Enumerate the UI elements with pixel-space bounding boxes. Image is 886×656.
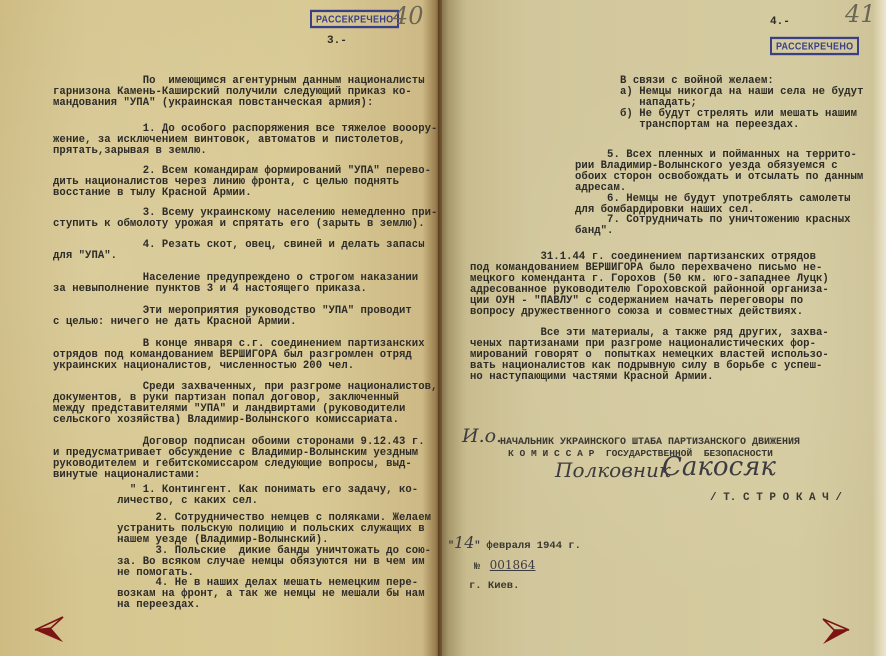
paragraph: Эти мероприятия руководство "УПА" провод… — [53, 306, 412, 328]
signatory-title: НАЧАЛЬНИК УКРАИНСКОГО ШТАБА ПАРТИЗАНСКОГ… — [500, 437, 800, 448]
paragraph: Среди захваченных, при разгроме национал… — [53, 382, 437, 426]
left-page: РАССЕКРЕЧЕНО 40 3.- По имеющимся агентур… — [0, 0, 440, 656]
declassified-stamp: РАССЕКРЕЧЕНО — [770, 37, 859, 55]
document-city: г. Киев. — [469, 580, 519, 592]
arrow-left-icon — [32, 614, 66, 644]
paragraph: 2. Всем командирам формирований "УПА" пе… — [53, 166, 431, 199]
document-spread: РАССЕКРЕЧЕНО 40 3.- По имеющимся агентур… — [0, 0, 886, 656]
book-spine — [438, 0, 442, 656]
paragraph: По имеющимся агентурным данным национали… — [53, 76, 425, 109]
paragraph: Население предупреждено о строгом наказа… — [53, 273, 418, 295]
arrow-right-icon — [818, 616, 852, 646]
page-number: 3.- — [327, 35, 347, 47]
folio-number: 41 — [845, 0, 876, 28]
paragraph: 3. Всему украинскому населению немедленн… — [53, 208, 437, 230]
prev-page-button[interactable] — [32, 614, 66, 644]
paragraph: 5. Всех пленных и пойманных на террито- … — [575, 150, 863, 194]
handwritten-acting-prefix: И.о. — [462, 425, 502, 447]
page-number: 4.- — [770, 16, 790, 28]
paragraph: Договор подписан обоими сторонами 9.12.4… — [53, 437, 425, 481]
paragraph: В конце января с.г. соединением партизан… — [53, 339, 425, 372]
paragraph: 7. Сотрудничать по уничтожению красных б… — [575, 215, 851, 237]
folio-number: 40 — [393, 2, 424, 30]
document-date: "14" февраля 1944 г. — [448, 533, 581, 553]
paragraph: 31.1.44 г. соединением партизанских отря… — [470, 252, 829, 318]
paragraph: 1. До особого распоряжения все тяжелое в… — [53, 124, 437, 157]
paragraph: В связи с войной желаем: а) Немцы никогд… — [620, 76, 863, 131]
document-number: № 001864 — [474, 556, 535, 574]
handwritten-signature: Сакосяк — [662, 452, 776, 482]
declassified-stamp: РАССЕКРЕЧЕНО — [310, 10, 399, 28]
paragraph: 6. Немцы не будут употреблять самолеты д… — [575, 194, 851, 216]
handwritten-number: 001864 — [490, 558, 536, 572]
paragraph: 4. Резать скот, овец, свиней и делать за… — [53, 240, 425, 262]
paragraph: 4. Не в наших делах мешать немецким пере… — [53, 578, 425, 611]
paragraph: " 1. Контингент. Как понимать его задачу… — [53, 485, 418, 507]
date-text: февраля 1944 г. — [486, 540, 581, 552]
handwritten-day: 14 — [454, 533, 474, 552]
signatory-name: / Т. С Т Р О К А Ч / — [710, 492, 842, 504]
paragraph: Все эти материалы, а также ряд других, з… — [470, 328, 829, 383]
paragraph: 3. Польские дикие банды уничтожать до со… — [53, 546, 431, 579]
right-page: 41 4.- РАССЕКРЕЧЕНО В связи с войной жел… — [440, 0, 886, 656]
next-page-button[interactable] — [818, 616, 852, 646]
handwritten-rank: Полковник — [555, 458, 671, 482]
paragraph: 2. Сотрудничество немцев с поляками. Жел… — [53, 513, 431, 546]
